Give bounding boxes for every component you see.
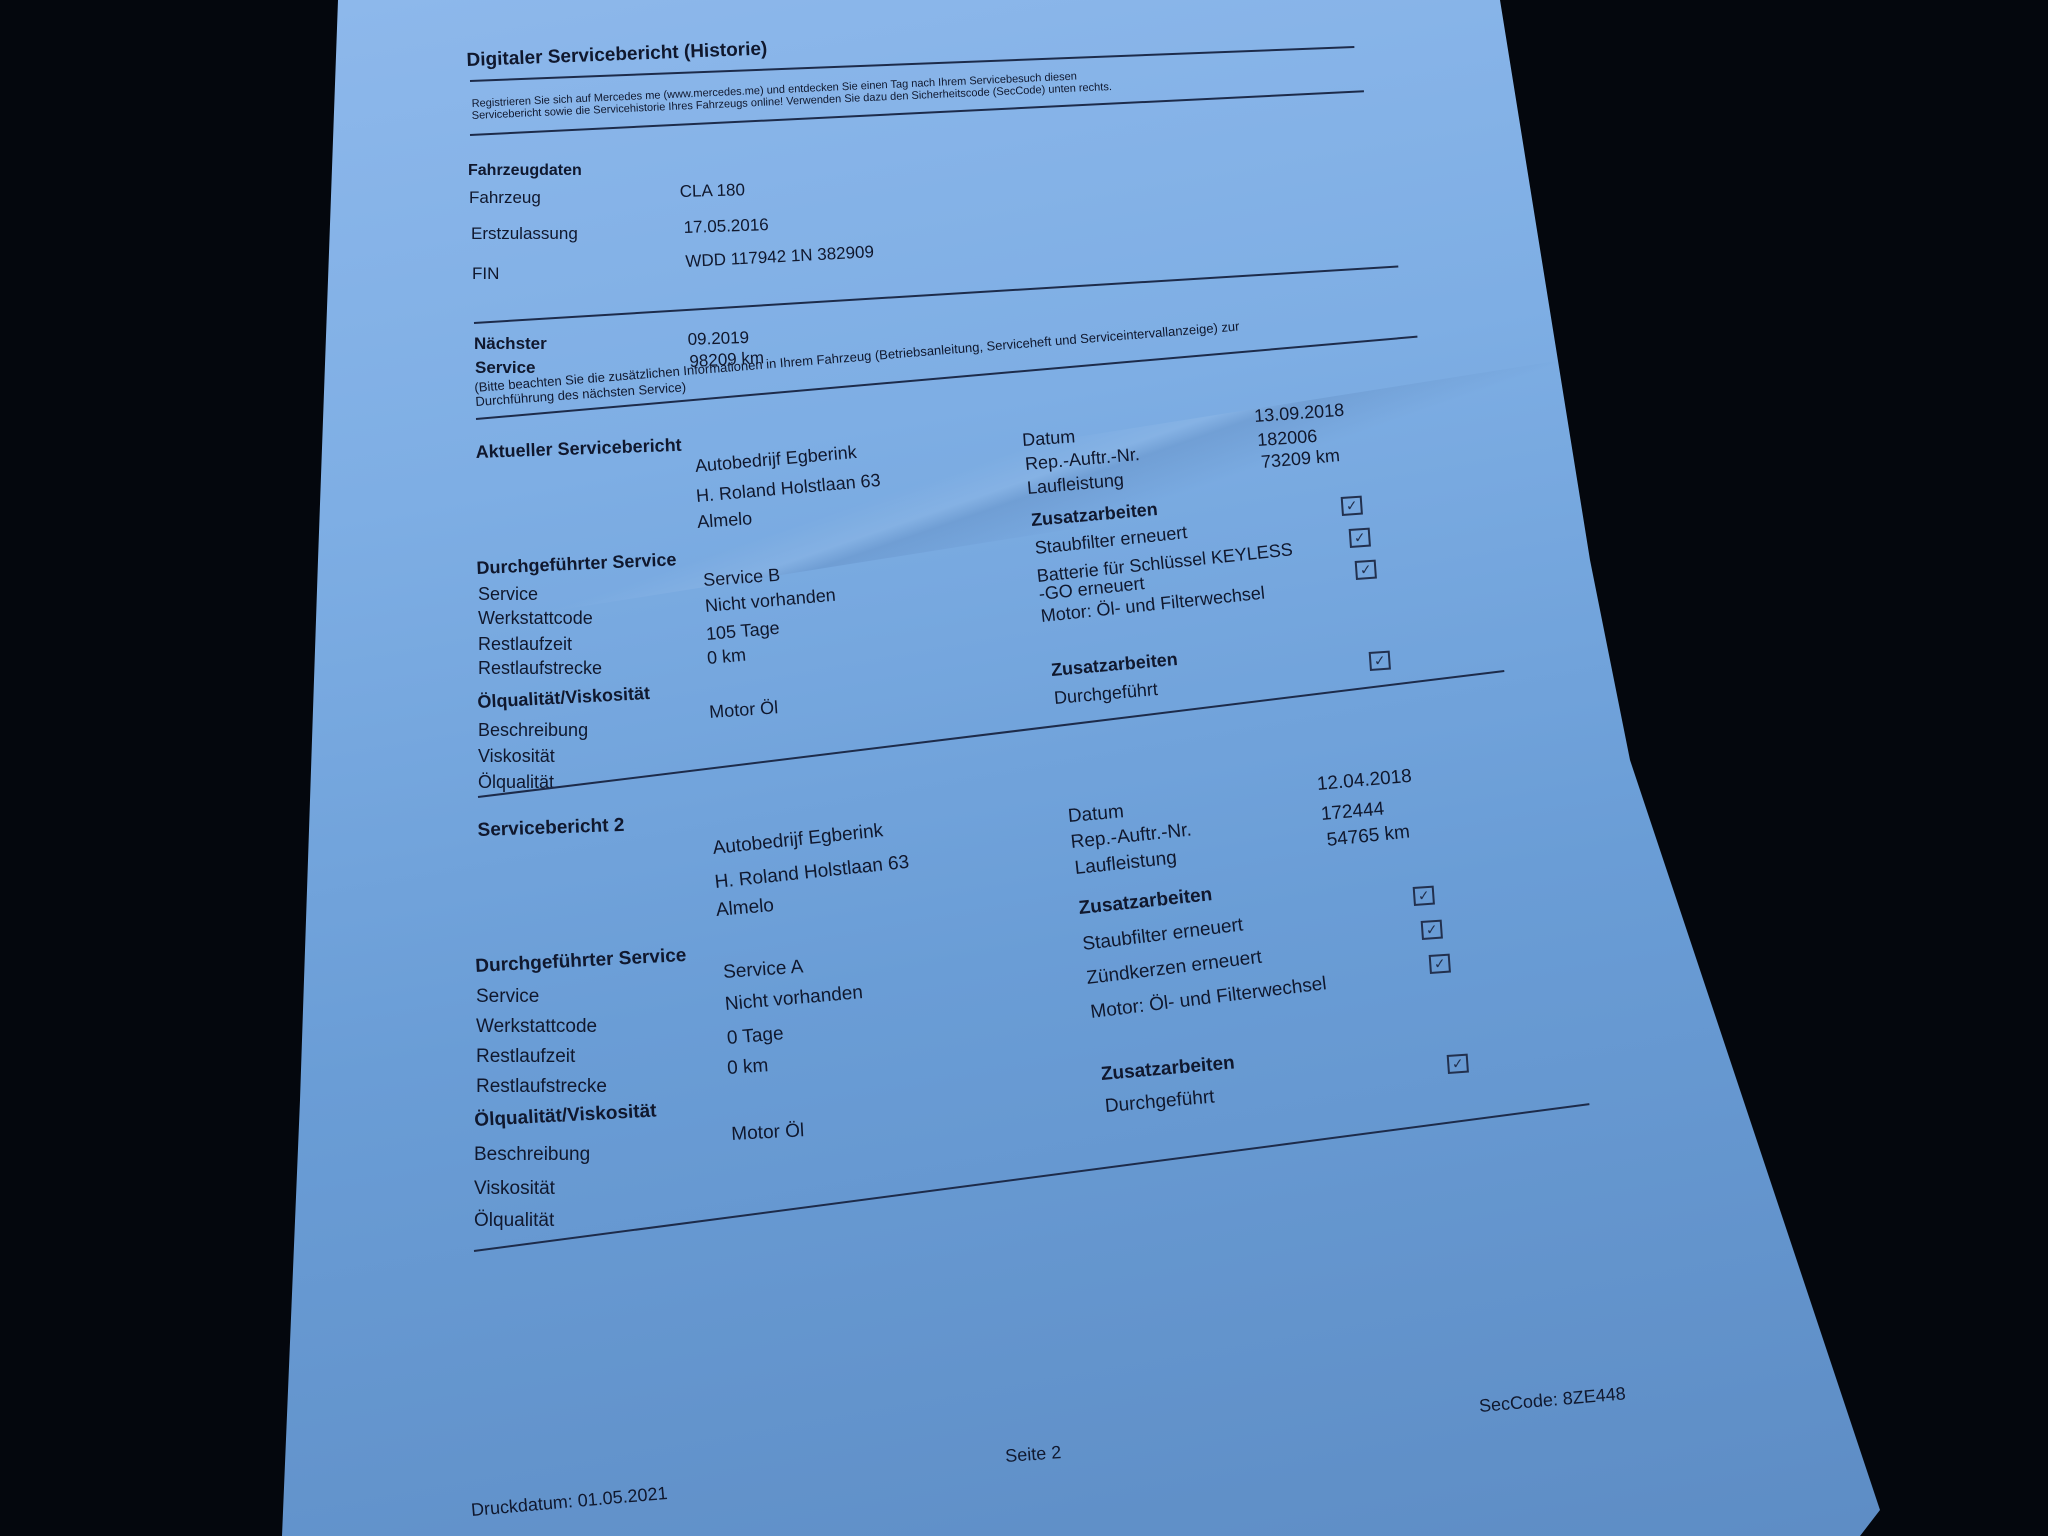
fin-label: FIN <box>472 264 499 284</box>
viscosity-label: Viskosität <box>478 746 555 767</box>
oil-quality-label: Ölqualität <box>474 1210 554 1232</box>
service-label: Service <box>478 584 538 605</box>
workshop-code-label: Werkstattcode <box>476 1016 597 1038</box>
check-icon: ✓ <box>1447 1054 1469 1074</box>
oil-description-label: Beschreibung <box>478 720 588 741</box>
check-icon: ✓ <box>1355 560 1377 580</box>
check-icon: ✓ <box>1349 528 1371 548</box>
oil-description-label: Beschreibung <box>474 1144 590 1166</box>
document-page <box>0 0 2048 1536</box>
next-service-label: Nächster <box>474 334 547 354</box>
check-icon: ✓ <box>1421 920 1443 940</box>
date-label: Datum <box>1022 426 1076 451</box>
check-icon: ✓ <box>1413 886 1435 906</box>
first-registration-label: Erstzulassung <box>471 224 578 244</box>
vehicle-value: CLA 180 <box>679 180 745 202</box>
vehicle-label: Fahrzeug <box>469 188 541 208</box>
remaining-time-label: Restlaufzeit <box>476 1046 575 1068</box>
service-label: Service <box>476 986 539 1008</box>
remaining-time-label: Restlaufzeit <box>478 634 572 655</box>
check-icon: ✓ <box>1369 651 1391 671</box>
remaining-distance-label: Restlaufstrecke <box>476 1076 607 1098</box>
workshop-city: Almelo <box>697 508 753 533</box>
check-icon: ✓ <box>1429 954 1451 974</box>
remaining-distance-value: 0 km <box>726 1055 769 1080</box>
next-service-date: 09.2019 <box>687 328 749 350</box>
workshop-code-label: Werkstattcode <box>478 608 593 629</box>
viscosity-label: Viskosität <box>474 1178 555 1200</box>
check-icon: ✓ <box>1341 496 1363 516</box>
page-number: Seite 2 <box>1005 1442 1062 1467</box>
first-registration-value: 17.05.2016 <box>683 215 769 238</box>
remaining-distance-value: 0 km <box>706 645 747 669</box>
oil-description-value: Motor Öl <box>731 1120 805 1146</box>
vehicle-heading: Fahrzeugdaten <box>468 162 582 180</box>
remaining-distance-label: Restlaufstrecke <box>478 658 602 679</box>
